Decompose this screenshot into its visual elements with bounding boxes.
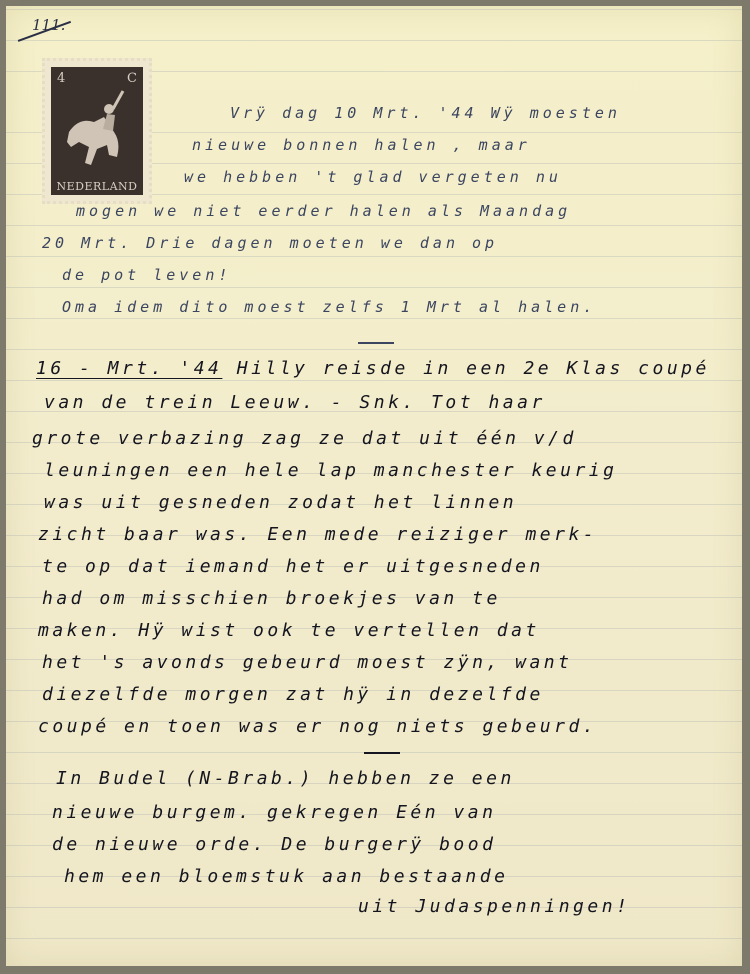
entry-line: mogen we niet eerder halen als Maandag [76,202,571,220]
entry-line: hem een bloemstuk aan bestaande [64,866,508,887]
entry-line: 16 - Mrt. '44 Hilly reisde in een 2e Kla… [36,358,710,379]
postage-stamp: 4 C NEDERLAND [42,58,152,204]
entry-line: 20 Mrt. Drie dagen moeten we dan op [42,234,498,252]
entry-line: had om misschien broekjes van te [42,588,501,609]
entry-line: het 's avonds gebeurd moest zÿn, want [42,652,572,673]
entry-line: In Budel (N-Brab.) hebben ze een [56,768,515,789]
stamp-country: NEDERLAND [51,180,143,193]
entry-line-rest: Hilly reisde in een 2e Klas coupé [237,358,710,379]
diary-page: 111. 4 C NEDERLAND Vrÿ dag 10 Mrt. '44 W… [6,6,742,966]
entry-line: leuningen een hele lap manchester keurig [44,460,617,481]
entry-date: 16 - Mrt. '44 [36,358,222,379]
stamp-unit: C [127,71,137,86]
section-divider [358,342,394,344]
entry-line: maken. Hÿ wist ook te vertellen dat [38,620,540,641]
entry-line: uit Judaspenningen! [358,896,630,917]
entry-line: nieuwe burgem. gekregen Eén van [52,802,496,823]
entry-line: Oma idem dito moest zelfs 1 Mrt al halen… [62,298,596,316]
entry-line: was uit gesneden zodat het linnen [44,492,517,513]
entry-line: te op dat iemand het er uitgesneden [42,556,544,577]
entry-line: grote verbazing zag ze dat uit één v/d [32,428,577,449]
entry-line: Vrÿ dag 10 Mrt. '44 Wÿ moesten [230,104,621,122]
entry-line: we hebben 't glad vergeten nu [184,168,562,186]
entry-line: diezelfde morgen zat hÿ in dezelfde [42,684,544,705]
section-divider [364,752,400,754]
entry-line: coupé en toen was er nog niets gebeurd. [38,716,597,737]
stamp-value: 4 [57,71,65,86]
entry-line: zicht baar was. Een mede reiziger merk- [38,524,597,545]
entry-line: nieuwe bonnen halen , maar [192,136,531,154]
horseman-stamp-icon [59,87,139,177]
entry-line: van de trein Leeuw. - Snk. Tot haar [44,392,546,413]
entry-line: de nieuwe orde. De burgerÿ bood [52,834,496,855]
entry-line: de pot leven! [62,266,231,284]
